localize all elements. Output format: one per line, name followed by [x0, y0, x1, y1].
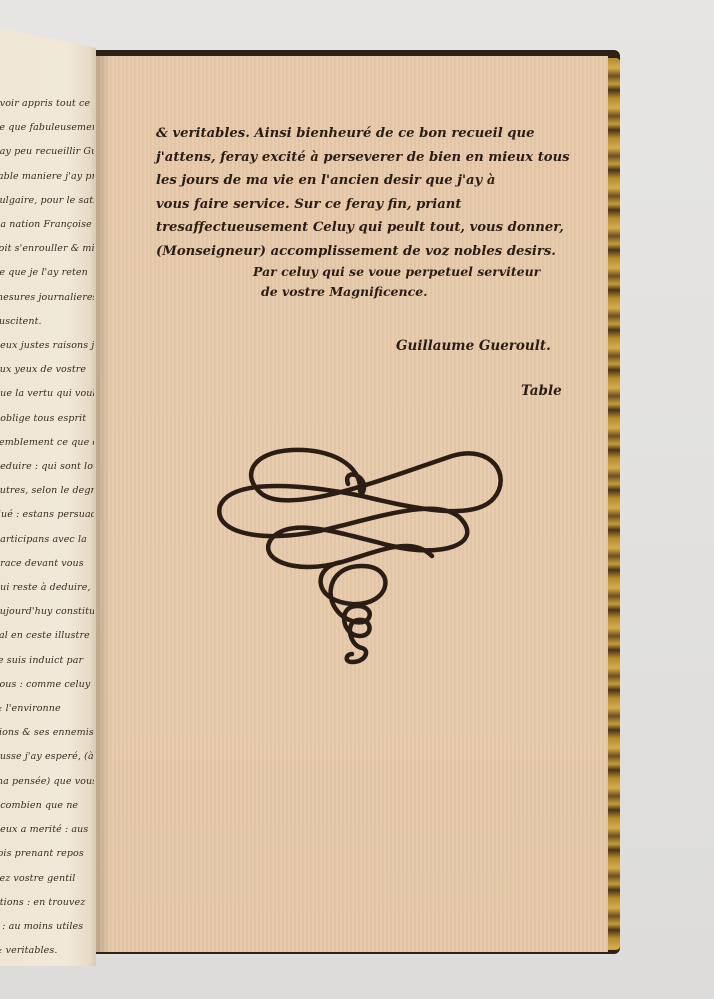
left-text-line: z : au moins utiles	[0, 915, 94, 939]
left-text-line: grace devant vous	[0, 552, 94, 576]
closing-line-2: de vostre Magnificence.	[253, 282, 593, 302]
left-text-line: , combien que ne	[0, 794, 94, 818]
left-text-line: tiué : estans persuadez	[0, 503, 94, 527]
left-text-line: que la vertu qui voul	[0, 382, 94, 406]
left-text-line: deux justes raisons je	[0, 334, 94, 358]
left-text-line: aujourd'huy constitue	[0, 600, 94, 624]
left-text-line: & l'environne	[0, 697, 94, 721]
dedication-text: & veritables. Ainsi bienheuré de ce bon …	[156, 122, 596, 263]
left-text-line: vez vostre gentil	[0, 867, 94, 891]
closing-line-1: Par celuy qui se voue perpetuel serviteu…	[253, 262, 593, 282]
left-text-line: ations : en trouvez	[0, 891, 94, 915]
left-text-line: sal en ceste illustre	[0, 624, 94, 648]
left-text-line: table maniere j'ay pris	[0, 165, 94, 189]
left-text-line: Je suis induict par	[0, 649, 94, 673]
left-text-line: La nation Françoise	[0, 213, 94, 237]
left-text-line: ce que fabuleusement	[0, 116, 94, 140]
left-text-line: avoir appris tout ce qu	[0, 92, 94, 116]
closing-salutation: Par celuy qui se voue perpetuel serviteu…	[253, 262, 593, 302]
left-text-line: j'ay peu recueillir Guil	[0, 140, 94, 164]
left-page-text: avoir appris tout ce quce que fabuleusem…	[0, 92, 94, 963]
left-text-line: deux a merité : aus	[0, 818, 94, 842]
left-text-line: participans avec la	[0, 528, 94, 552]
left-text-line: vous : comme celuy	[0, 673, 94, 697]
left-text-line: qui reste à deduire,	[0, 576, 94, 600]
left-text-line: roit s'enrouller & mis	[0, 237, 94, 261]
left-text-line: autres, selon le degré	[0, 479, 94, 503]
calligraphic-flourish-icon	[212, 436, 512, 736]
left-text-line: mesures journalieres	[0, 286, 94, 310]
text-line: vous faire service. Sur ce feray fin, pr…	[156, 193, 596, 217]
left-text-line: & veritables.	[0, 939, 94, 963]
text-line: & veritables. Ainsi bienheuré de ce bon …	[156, 122, 596, 146]
text-line: j'attens, feray excité à perseverer de b…	[156, 146, 596, 170]
catchword: Table	[521, 383, 562, 399]
left-text-line: ousse j'ay esperé, (à	[0, 745, 94, 769]
left-text-line: ma pensée) que vous	[0, 770, 94, 794]
left-text-line: , oblige tous esprit	[0, 407, 94, 431]
left-text-line: ce que je l'ay reten	[0, 261, 94, 285]
left-text-line: aux yeux de vostre	[0, 358, 94, 382]
gutter-shadow	[96, 56, 110, 952]
text-line: tresaffectueusement Celuy qui peult tout…	[156, 216, 596, 240]
text-line: (Monseigneur) accomplissement de voz nob…	[156, 240, 596, 264]
text-line: les jours de ma vie en l'ancien desir qu…	[156, 169, 596, 193]
left-page: avoir appris tout ce quce que fabuleusem…	[0, 28, 96, 966]
left-text-line: sions & ses ennemis,	[0, 721, 94, 745]
left-text-line: vulgaire, pour le satis	[0, 189, 94, 213]
left-text-line: suscitent.	[0, 310, 94, 334]
left-text-line: fois prenant repos	[0, 842, 94, 866]
right-page: & veritables. Ainsi bienheuré de ce bon …	[96, 56, 608, 952]
left-text-line: deduire : qui sont lous	[0, 455, 94, 479]
author-signature: Guillaume Gueroult.	[396, 338, 551, 354]
gilt-fore-edge	[608, 58, 620, 950]
left-text-line: semblement ce que cest	[0, 431, 94, 455]
